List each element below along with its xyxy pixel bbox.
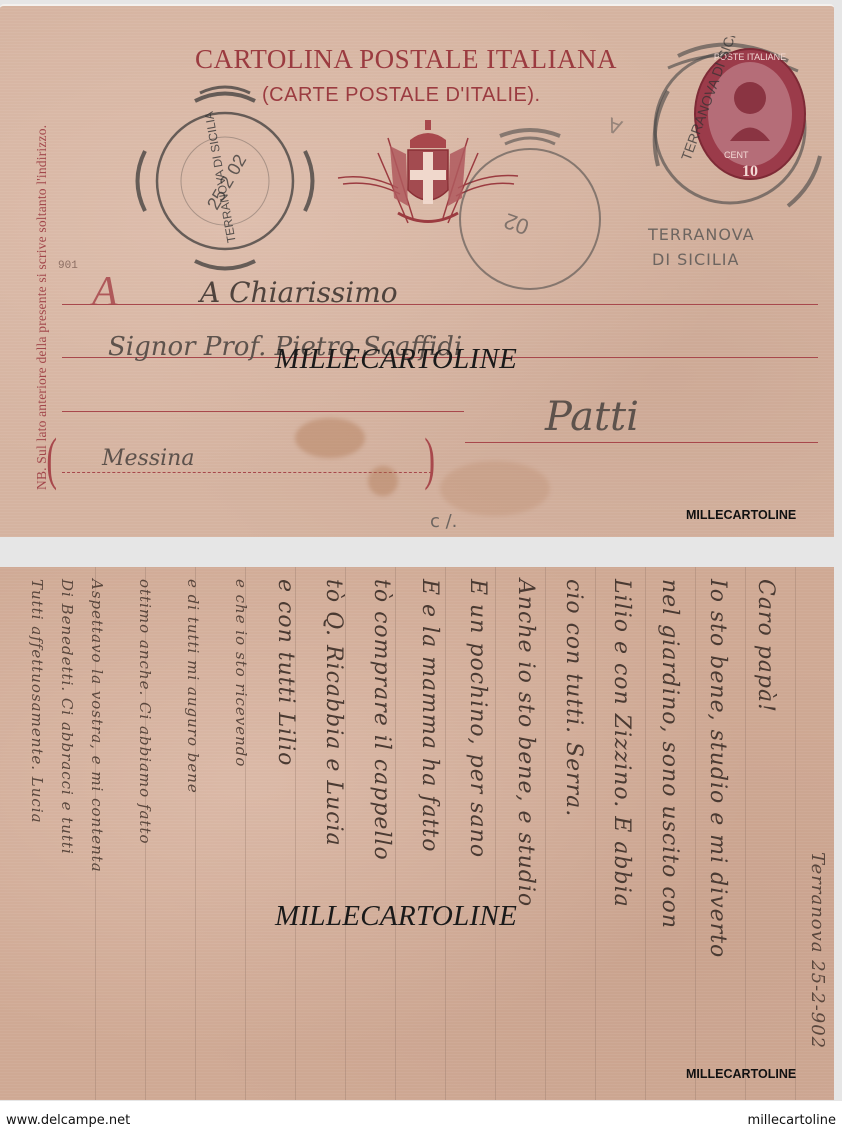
postcard-front: CARTOLINA POSTALE ITALIANA (CARTE POSTAL… <box>0 4 834 537</box>
stain <box>295 418 365 458</box>
address-prefix: A <box>92 268 118 316</box>
postmark-left-icon: 25 2 02 TERRANOVA DI SICILIA <box>125 81 325 281</box>
address-line-3 <box>62 411 464 412</box>
postcard-back: Caro papà! Io sto bene, studio e mi dive… <box>0 567 834 1100</box>
letter-line: ottimo anche. Ci abbiamo fatto <box>124 567 164 1100</box>
postmark-middle-icon: 02 <box>430 124 630 314</box>
stain <box>440 461 550 516</box>
corner-mark: MILLECARTOLINE <box>686 1067 796 1081</box>
watermark: MILLECARTOLINE <box>275 343 517 376</box>
rule <box>645 567 646 1100</box>
letter-line: Tutti affettuosamente. Lucia <box>16 567 56 1100</box>
letter-line: Caro papà! <box>748 567 788 1100</box>
svg-text:10: 10 <box>742 163 758 180</box>
letter-line: cio con tutti. Serra. <box>556 567 596 1100</box>
card-title: CARTOLINA POSTALE ITALIANA <box>195 44 617 75</box>
svg-text:CENT: CENT <box>724 150 749 160</box>
letter-line: Lilio e con Zizzino. E abbia <box>604 567 644 1100</box>
svg-text:02: 02 <box>501 208 533 240</box>
stain <box>368 466 398 496</box>
rule <box>695 567 696 1100</box>
paren-right: ) <box>424 430 435 488</box>
letter-line: e che io sto ricevendo <box>220 567 260 1100</box>
letter-line: Anche io sto bene, e studio <box>508 567 548 1100</box>
handwritten-line1: A Chiarissimo <box>200 276 398 309</box>
postage-stamp-icon: 10 POSTE ITALIANE CENT TERRANOVA DI SICI… <box>638 36 828 221</box>
rule <box>745 567 746 1100</box>
handwritten-province: Messina <box>102 446 194 471</box>
handwritten-city: Patti <box>545 394 639 440</box>
rule <box>795 567 796 1100</box>
pencil-note-line1: TERRANOVA <box>648 225 755 244</box>
letter-line: e di tutti mi auguro bene <box>172 567 212 1100</box>
paren-left: ( <box>46 430 57 488</box>
seller-name[interactable]: millecartoline <box>748 1113 836 1128</box>
date-line: Terranova 25-2-902 <box>798 567 834 1100</box>
site-link[interactable]: www.delcampe.net <box>6 1113 130 1128</box>
letter-line: E un pochino, per sano <box>460 567 500 1100</box>
letter-line: E e la mamma ha fatto <box>412 567 452 1100</box>
letter-line: nel giardino, sono uscito con <box>652 567 692 1100</box>
page-footer: www.delcampe.net millecartoline <box>0 1101 842 1131</box>
letter-line: tò Q. Ricabbia e Lucia <box>316 567 356 1100</box>
pencil-mark-c: c /. <box>430 511 457 532</box>
address-line-city <box>465 442 818 443</box>
letter-line: tò comprare il cappello <box>364 567 404 1100</box>
form-number: 901 <box>58 260 78 272</box>
letter-line: e con tutti Lilio <box>268 567 308 1100</box>
pencil-note-line2: DI SICILIA <box>652 250 739 269</box>
address-line-1 <box>62 304 818 305</box>
corner-mark: MILLECARTOLINE <box>686 508 796 522</box>
watermark: MILLECARTOLINE <box>275 900 517 933</box>
letter-line: Io sto bene, studio e mi diverto <box>700 567 740 1100</box>
